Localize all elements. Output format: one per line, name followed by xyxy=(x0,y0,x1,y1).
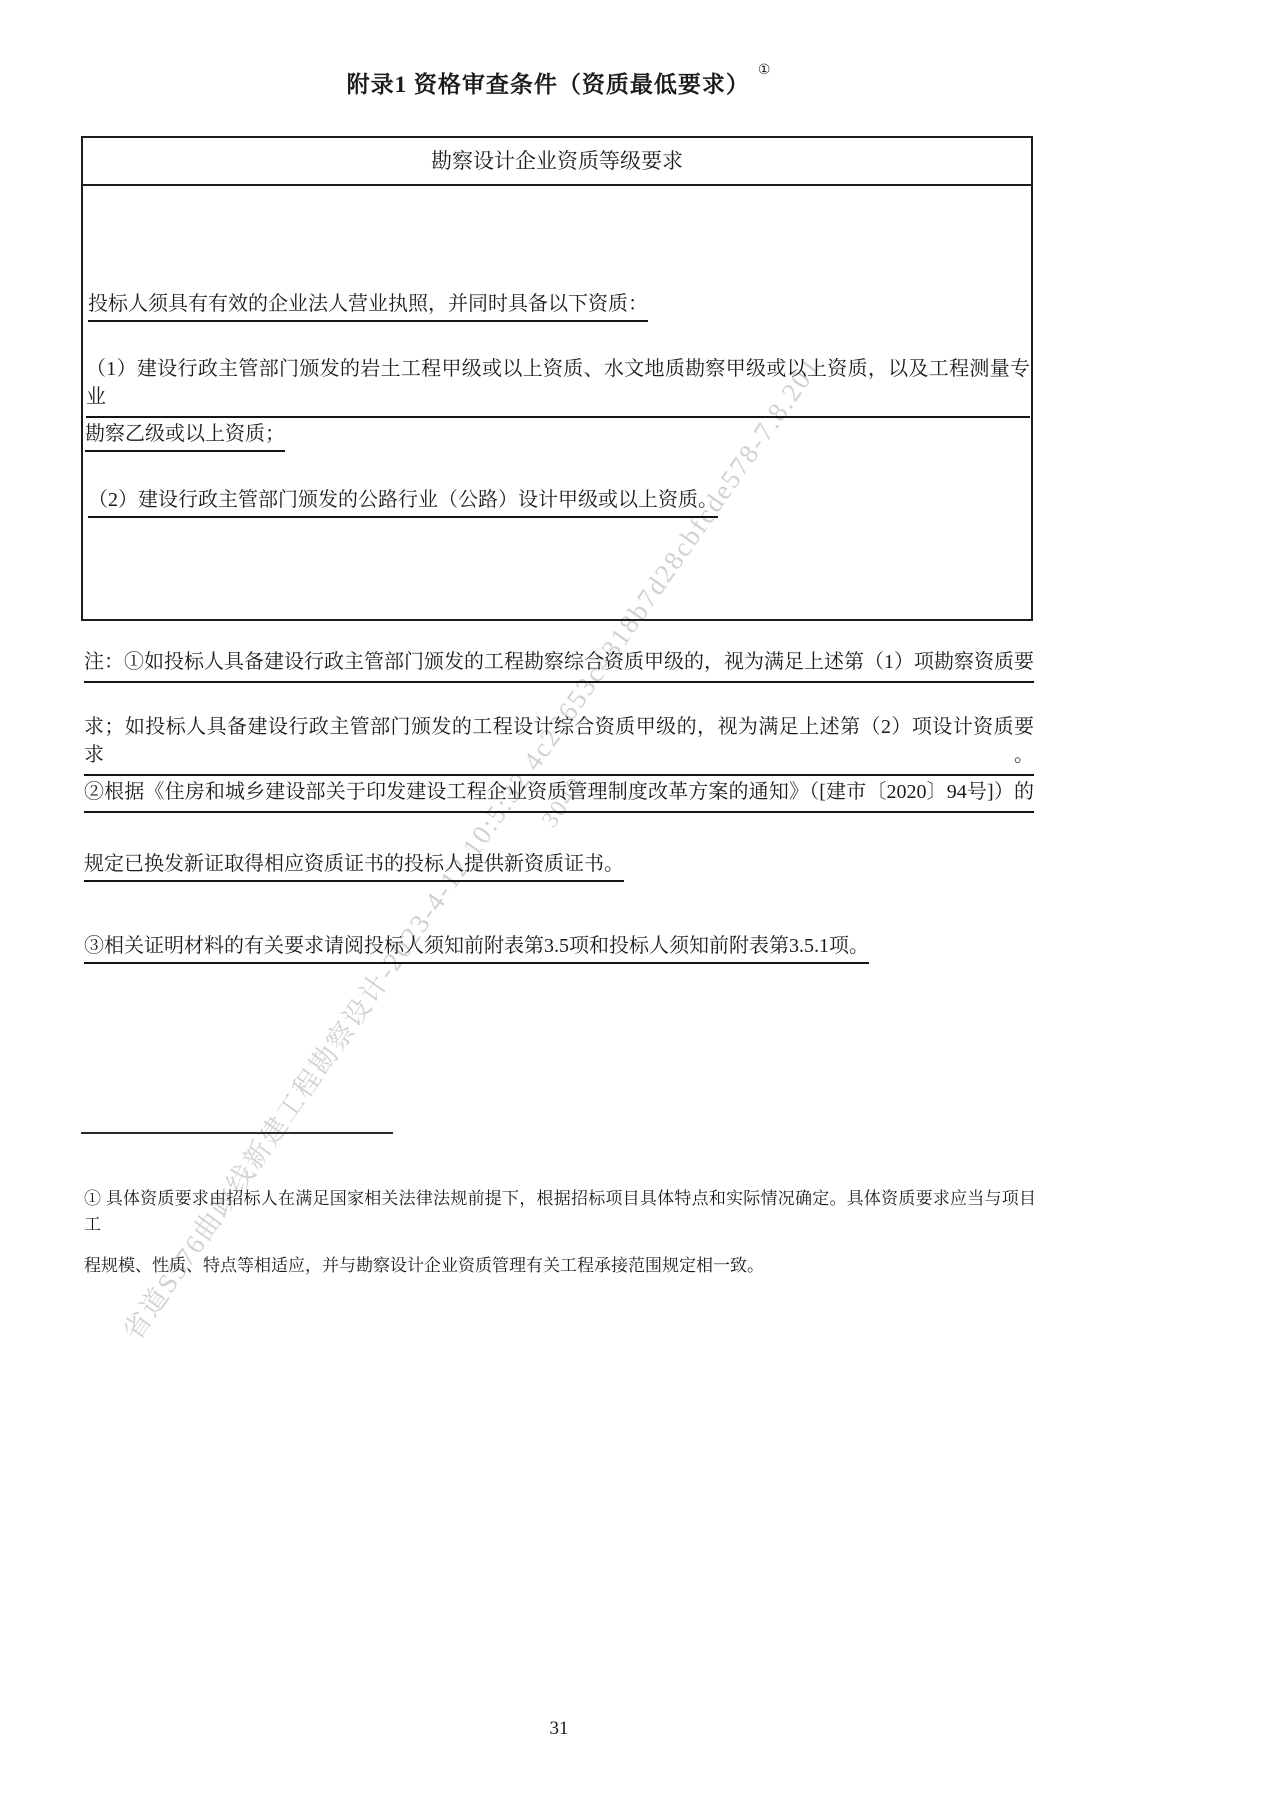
page-title: 附录1 资格审查条件（资质最低要求）① xyxy=(81,66,1037,99)
page-title-superscript: ① xyxy=(758,63,772,78)
page-title-text: 附录1 资格审查条件（资质最低要求） xyxy=(347,72,750,97)
note-line-2: 求；如投标人具备建设行政主管部门颁发的工程设计综合资质甲级的，视为满足上述第（2… xyxy=(84,713,1034,776)
footnote-line-2: 程规模、性质、特点等相适应，并与勘察设计企业资质管理有关工程承接范围规定相一致。 xyxy=(84,1253,764,1279)
content-layer: 附录1 资格审查条件（资质最低要求）① 勘察设计企业资质等级要求 投标人须具有有… xyxy=(0,0,1267,1793)
note-line-5: ③相关证明材料的有关要求请阅投标人须知前附表第3.5项和投标人须知前附表第3.5… xyxy=(84,932,869,960)
table-body-line-2: （1）建设行政主管部门颁发的岩土工程甲级或以上资质、水文地质勘察甲级或以上资质，… xyxy=(86,355,1030,418)
note-line-3: ②根据《住房和城乡建设部关于印发建设工程企业资质管理制度改革方案的通知》（[建市… xyxy=(84,778,1034,813)
footnote-divider xyxy=(81,1132,393,1134)
table-body-line-3: 勘察乙级或以上资质； xyxy=(85,420,285,448)
page-number: 31 xyxy=(81,1718,1037,1740)
table-body-line-4: （2）建设行政主管部门颁发的公路行业（公路）设计甲级或以上资质。 xyxy=(88,486,718,514)
table-header-cell: 勘察设计企业资质等级要求 xyxy=(83,138,1031,186)
note-line-1: 注：①如投标人具备建设行政主管部门颁发的工程勘察综合资质甲级的，视为满足上述第（… xyxy=(84,648,1034,683)
note-line-4: 规定已换发新证取得相应资质证书的投标人提供新资质证书。 xyxy=(84,850,624,878)
footnote-line-1: ① 具体资质要求由招标人在满足国家相关法律法规前提下，根据招标项目具体特点和实际… xyxy=(84,1186,1036,1238)
document-page: 省道S376曲政线新建工程勘察设计-2023-4-12 10:5:32 4c23… xyxy=(0,0,1267,1793)
table-body-line-1: 投标人须具有有效的企业法人营业执照，并同时具备以下资质： xyxy=(88,290,648,318)
